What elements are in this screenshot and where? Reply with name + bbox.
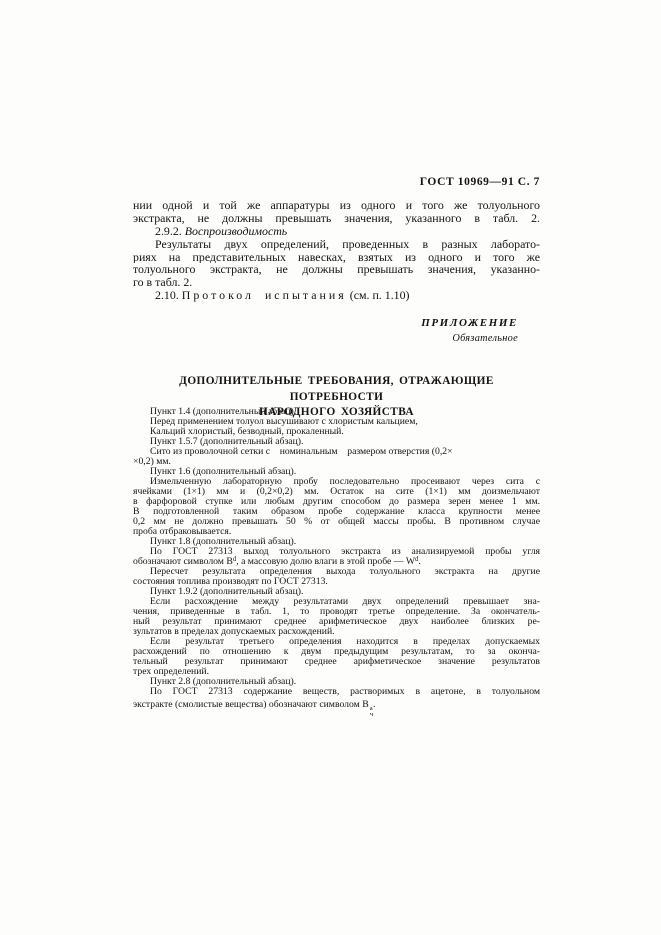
text-line: ячейками (1×1) мм и (0,2×0,2) мм. Остато…	[133, 487, 540, 497]
text-line: Результаты двух определений, проведенных…	[133, 238, 540, 251]
clause-number: 2.10.	[155, 288, 179, 302]
text-line: Пункт 2.8 (дополнительный абзац).	[133, 677, 540, 687]
annex-label: ПРИЛОЖЕНИЕ	[133, 317, 518, 329]
text-line: Если результат третьего определения нахо…	[133, 637, 540, 647]
text-fragment: .	[418, 556, 420, 567]
annex-body: Пункт 1.4 (дополнительный абзац). Перед …	[133, 407, 540, 713]
text-line: в фарфоровой ступке или любым другим спо…	[133, 497, 540, 507]
text-fragment: экстракте (смолистые вещества) обозначаю…	[133, 699, 369, 710]
text-fragment: , а массовую долю влаги в этой пробе — W	[236, 556, 415, 567]
document-page: ГОСТ 10969—91 С. 7 нии одной и той же ап…	[0, 0, 661, 935]
page-header: ГОСТ 10969—91 С. 7	[133, 176, 540, 188]
text-line: риях на представительных навесках, взяты…	[133, 251, 540, 264]
subscript-ch: ч	[370, 712, 373, 718]
clause-title: Воспроизводимость	[185, 224, 287, 238]
text-fragment: обозначают символом В	[133, 556, 233, 567]
annex-note: Обязательное	[133, 333, 518, 344]
text-line: расхождений по отношению к двум предыдущ…	[133, 647, 540, 657]
resin-symbol-line: экстракте (смолистые вещества) обозначаю…	[133, 700, 540, 713]
text-line: Сито из проволочной сетки с номинальным …	[133, 447, 540, 457]
text-line: По ГОСТ 27313 содержание веществ, раство…	[133, 687, 540, 697]
clause-number: 2.9.2.	[155, 224, 182, 238]
annex-title-line: ДОПОЛНИТЕЛЬНЫЕ ТРЕБОВАНИЯ, ОТРАЖАЮЩИЕ ПО…	[133, 374, 540, 405]
text-line: Пункт 1.9.2 (дополнительный абзац).	[133, 587, 540, 597]
clause-2-10: 2.10. Протокол испытания (см. п. 1.10)	[133, 289, 540, 302]
text-line: нии одной и той же аппаратуры из одного …	[133, 199, 540, 212]
text-fragment: .	[373, 699, 375, 710]
text-line: чения, приведенные в табл. 1, то проводя…	[133, 607, 540, 617]
text-line: Измельченную лабораторную пробу последов…	[133, 477, 540, 487]
section-2-body: нии одной и той же аппаратуры из одного …	[133, 199, 540, 302]
annex-heading: ПРИЛОЖЕНИЕ Обязательное	[133, 317, 518, 344]
clause-reference: (см. п. 1.10)	[350, 288, 410, 302]
text-line: толуольного экстракта, не должны превыша…	[133, 263, 540, 276]
text-line: Пункт 1.8 (дополнительный абзац).	[133, 537, 540, 547]
moisture-symbol-line: обозначают символом Вd, а массовую долю …	[133, 557, 540, 567]
text-line: Если расхождение между результатами двух…	[133, 597, 540, 607]
text-line: зультатов в пределах допускаемых расхожд…	[133, 627, 540, 637]
clause-2-9-2: 2.9.2. Воспроизводимость	[133, 225, 540, 238]
text-line: Пункт 1.6 (дополнительный абзац).	[133, 467, 540, 477]
text-line: В подготовленной таким образом пробе сод…	[133, 507, 540, 517]
clause-title: Протокол испытания	[182, 288, 347, 302]
